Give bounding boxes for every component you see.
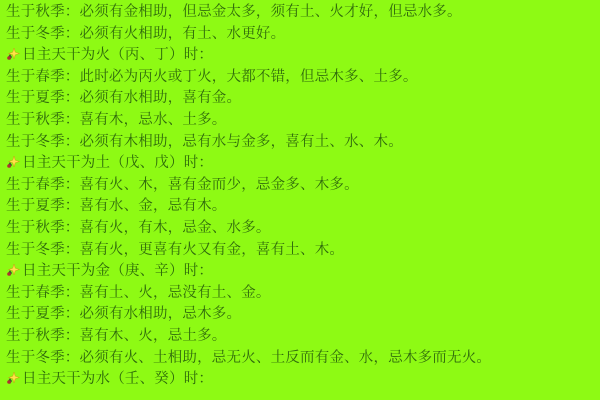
text-line: 生于秋季：喜有木，忌水、土多。 [6,110,600,132]
text-line: 生于冬季：必须有木相助，忌有水与金多，喜有土、水、木。 [6,132,600,154]
sparkle-star-icon [6,155,20,169]
section-heading: 日主天干为土（戊、戊）时： [6,153,600,175]
heading-text: 日主天干为金（庚、辛）时： [22,263,213,279]
heading-text: 日主天干为土（戊、戊）时： [22,155,213,171]
text-line: 生于冬季：喜有火，更喜有火又有金，喜有土、木。 [6,240,600,262]
text-line: 生于夏季：必须有水相助，喜有金。 [6,88,600,110]
heading-text: 日主天干为水（壬、癸）时： [22,371,213,387]
text-line: 生于秋季：喜有木、火，忌土多。 [6,326,600,348]
text-line: 生于春季：喜有火、木，喜有金而少，忌金多、木多。 [6,175,600,197]
text-line: 生于冬季：必须有火、土相助，忌无火、土反而有金、水，忌木多而无火。 [6,348,600,370]
heading-text: 日主天干为火（丙、丁）时： [22,47,213,63]
section-heading: 日主天干为金（庚、辛）时： [6,261,600,283]
text-line: 生于冬季：必须有火相助，有土、水更好。 [6,24,600,46]
section-heading: 日主天干为水（壬、癸）时： [6,369,600,391]
text-line: 生于秋季：必须有金相助，但忌金太多，须有土、火才好，但忌水多。 [6,2,600,24]
section-heading: 日主天干为火（丙、丁）时： [6,45,600,67]
text-line: 生于夏季：喜有水、金，忌有木。 [6,196,600,218]
text-line: 生于夏季：必须有水相助，忌木多。 [6,304,600,326]
text-line: 生于春季：喜有土、火，忌没有土、金。 [6,283,600,305]
sparkle-star-icon [6,47,20,61]
text-line: 生于春季：此时必为丙火或丁火，大都不错，但忌木多、土多。 [6,67,600,89]
text-line: 生于秋季：喜有火，有木，忌金、水多。 [6,218,600,240]
sparkle-star-icon [6,371,20,385]
sparkle-star-icon [6,263,20,277]
document-body: 生于秋季：必须有金相助，但忌金太多，须有土、火才好，但忌水多。 生于冬季：必须有… [6,2,600,391]
